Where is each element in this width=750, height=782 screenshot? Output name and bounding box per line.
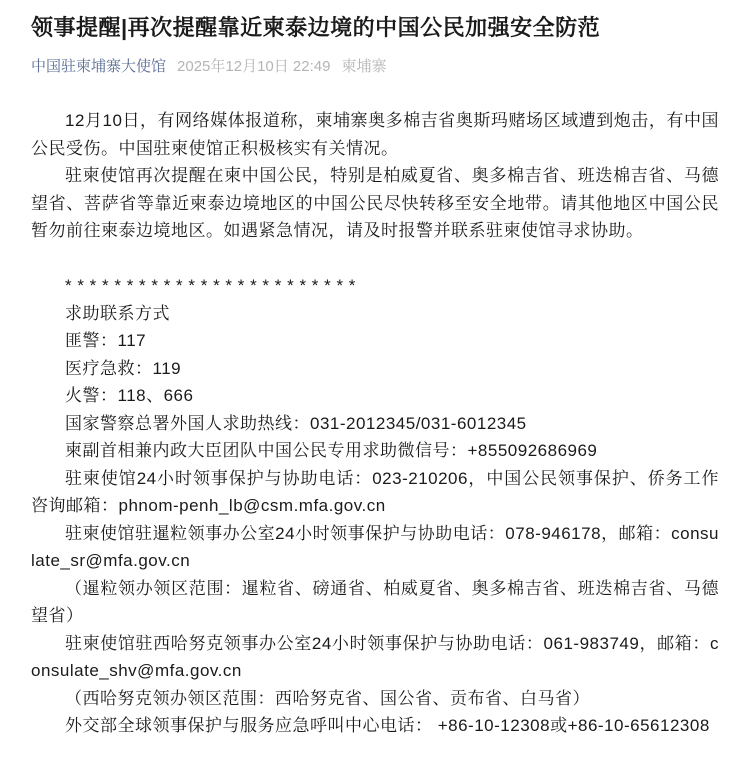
article-meta: 中国驻柬埔寨大使馆 2025年12月10日 22:49 柬埔寨 [31,58,719,76]
article-page: 领事提醒|再次提醒靠近柬泰边境的中国公民加强安全防范 中国驻柬埔寨大使馆 202… [0,0,750,760]
paragraph: 求助联系方式 [31,300,719,328]
paragraph: 驻柬使馆驻西哈努克领事办公室24小时领事保护与协助电话：061-983749，邮… [31,630,719,685]
article-body: 12月10日，有网络媒体报道称，柬埔寨奥多棉吉省奥斯玛赌场区域遭到炮击，有中国公… [31,107,719,740]
paragraph: 驻柬使馆驻暹粒领事办公室24小时领事保护与协助电话：078-946178，邮箱：… [31,520,719,575]
account-name-link[interactable]: 中国驻柬埔寨大使馆 [31,58,166,76]
paragraph: （西哈努克领办领区范围：西哈努克省、国公省、贡布省、白马省） [31,685,719,713]
publish-location: 柬埔寨 [341,58,386,76]
paragraph: 12月10日，有网络媒体报道称，柬埔寨奥多棉吉省奥斯玛赌场区域遭到炮击，有中国公… [31,107,719,162]
publish-date: 2025年12月10日 22:49 [177,58,330,76]
paragraph: 匪警：117 [31,327,719,355]
paragraph: 医疗急救：119 [31,355,719,383]
paragraph-spacer [31,245,719,273]
paragraph: 驻柬使馆24小时领事保护与协助电话：023-210206，中国公民领事保护、侨务… [31,465,719,520]
paragraph: * * * * * * * * * * * * * * * * * * * * … [31,272,719,300]
article-title: 领事提醒|再次提醒靠近柬泰边境的中国公民加强安全防范 [31,12,719,43]
paragraph: （暹粒领办领区范围：暹粒省、磅通省、柏威夏省、奥多棉吉省、班迭棉吉省、马德望省） [31,575,719,630]
paragraph: 外交部全球领事保护与服务应急呼叫中心电话： +86-10-12308或+86-1… [31,712,719,740]
paragraph: 国家警察总署外国人求助热线：031-2012345/031-6012345 [31,410,719,438]
paragraph: 驻柬使馆再次提醒在柬中国公民，特别是柏威夏省、奥多棉吉省、班迭棉吉省、马德望省、… [31,162,719,245]
paragraph: 柬副首相兼内政大臣团队中国公民专用求助微信号：+855092686969 [31,437,719,465]
paragraph: 火警：118、666 [31,382,719,410]
